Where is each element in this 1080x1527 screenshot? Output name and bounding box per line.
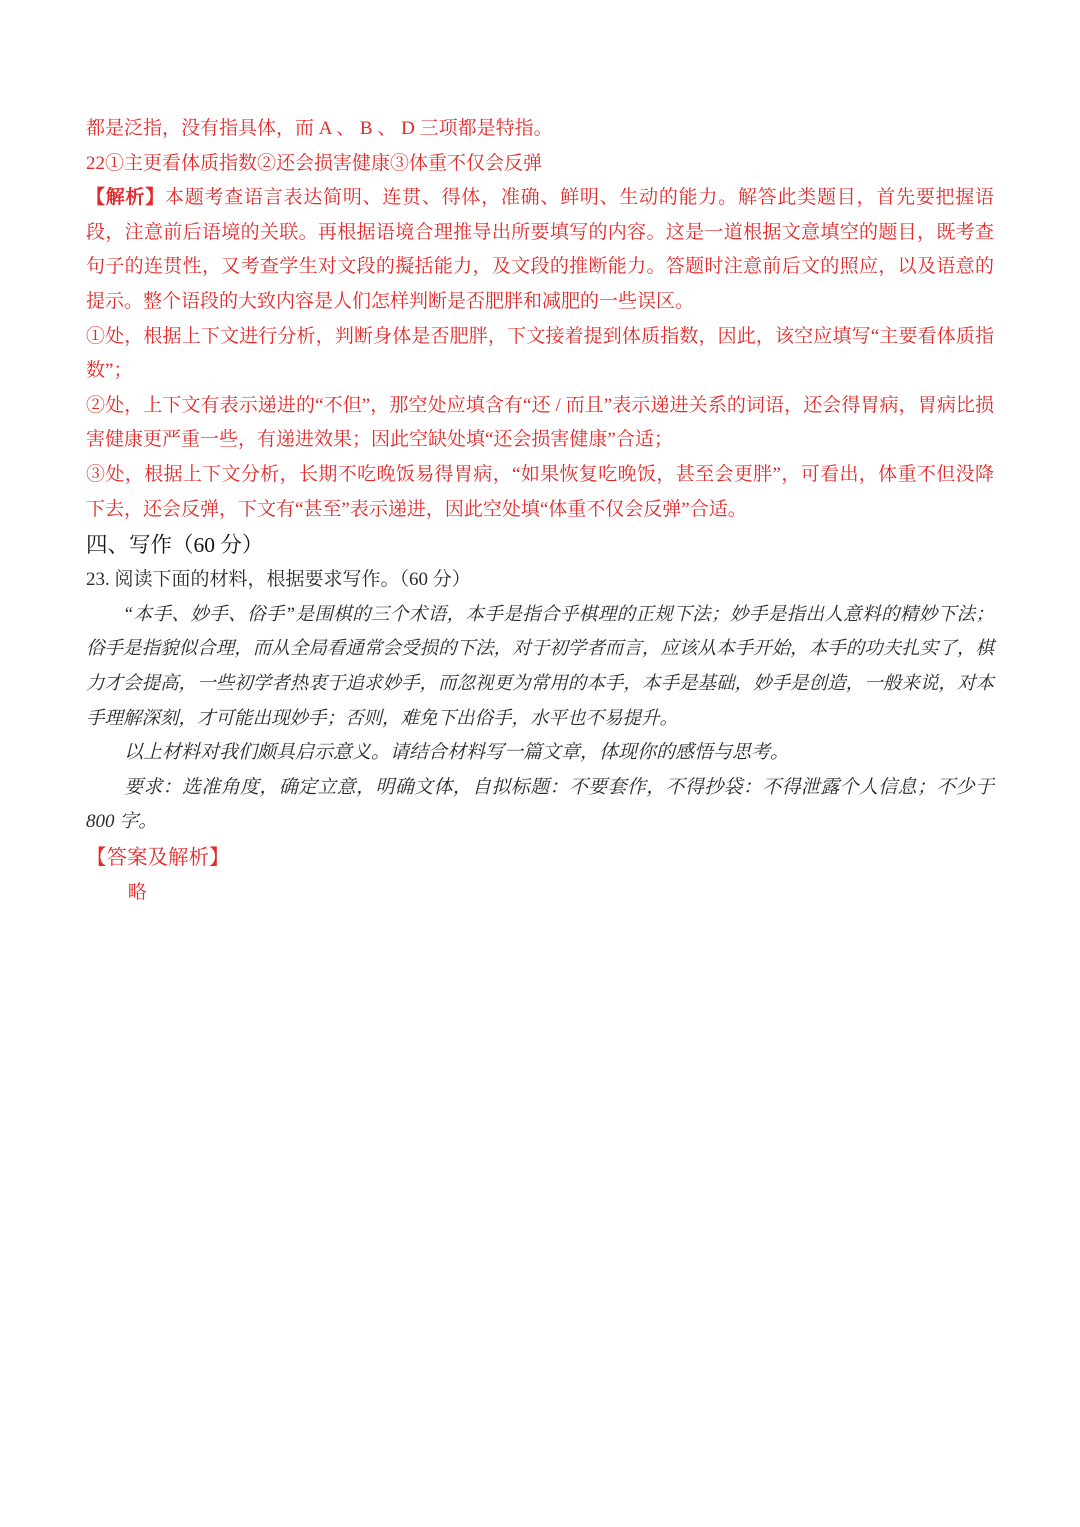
question-23-line: 23. 阅读下面的材料，根据要求写作。（60 分）: [86, 563, 994, 598]
analysis-text: 本题考查语言表达简明、连贯、得体，准确、鲜明、生动的能力。解答此类题目，首先要把…: [86, 187, 994, 312]
question-22-answer-line: 22①主更看体质指数②还会损害健康③体重不仅会反弹: [86, 147, 994, 182]
exam-answer-page: 都是泛指，没有指具体，而 A 、 B 、 D 三项都是特指。 22①主更看体质指…: [86, 112, 994, 910]
analysis-spot-3-paragraph: ③处，根据上下文分析，长期不吃晚饭易得胃病，“如果恢复吃晚饭，甚至会更胖”，可看…: [86, 458, 994, 527]
exam-document-body: { "colors": { "accent_red": "#e52727", "…: [0, 0, 1080, 1527]
analysis-paragraph: 【解析】本题考查语言表达简明、连贯、得体，准确、鲜明、生动的能力。解答此类题目，…: [86, 181, 994, 319]
analysis-spot-1-paragraph: ①处，根据上下文进行分析，判断身体是否肥胖，下文接着提到体质指数，因此，该空应填…: [86, 320, 994, 389]
answer-and-analysis-heading: 【答案及解析】: [86, 840, 994, 876]
essay-material-paragraph: “本手、妙手、俗手”是围棋的三个术语，本手是指合乎棋理的正规下法；妙手是指出人意…: [86, 598, 994, 736]
analysis-spot-2-paragraph: ②处，上下文有表示递进的“不但”，那空处应填含有“还 / 而且”表示递进关系的词…: [86, 389, 994, 458]
essay-requirements-paragraph: 要求：选准角度，确定立意，明确文体，自拟标题：不要套作，不得抄袋：不得泄露个人信…: [86, 771, 994, 840]
analysis-label: 【解析】: [86, 187, 165, 208]
essay-instruction-paragraph: 以上材料对我们颇具启示意义。请结合材料写一篇文章，体现你的感悟与思考。: [86, 736, 994, 771]
prev-answer-tail-paragraph: 都是泛指，没有指具体，而 A 、 B 、 D 三项都是特指。: [86, 112, 994, 147]
writing-section-heading: 四、写作（60 分）: [86, 527, 994, 563]
brief-answer-text: 略: [86, 876, 994, 911]
